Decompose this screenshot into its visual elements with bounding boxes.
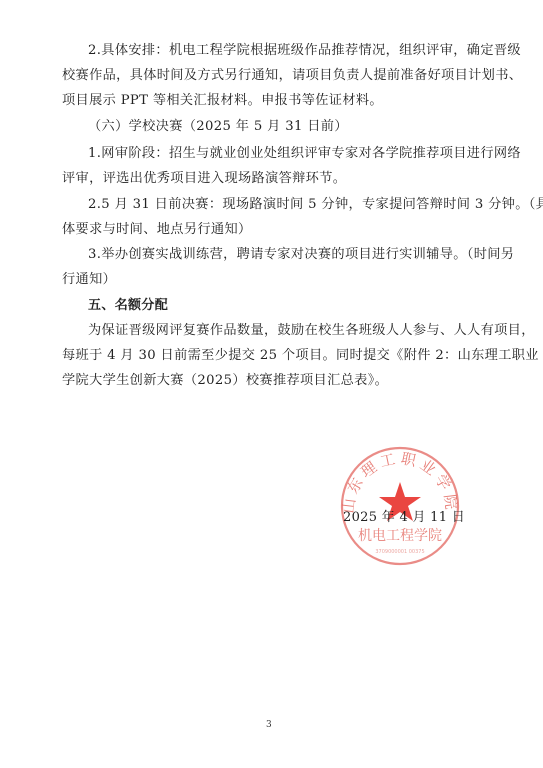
document-page: 2.具体安排：机电工程学院根据班级作品推荐情况，组织评审，确定晋级 校赛作品，具… [0,0,543,768]
paragraph-line: 2.具体安排：机电工程学院根据班级作品推荐情况，组织评审，确定晋级 [88,42,521,60]
svg-text:机电工程学院: 机电工程学院 [358,527,442,544]
page-number: 3 [266,720,272,730]
paragraph-line: 2.5 月 31 日前决赛：现场路演时间 5 分钟，专家提问答辩时间 3 分钟。… [88,196,543,214]
paragraph-line: 体要求与时间、地点另行通知） [62,221,252,239]
official-seal-stamp: 山东理工职业学院 机电工程学院 3709000001 00375 [334,444,466,566]
paragraph-line: 校赛作品，具体时间及方式另行通知，请项目负责人提前准备好项目计划书、 [62,67,522,85]
paragraph-line: 行通知） [62,271,116,289]
section-heading-quota: 五、名额分配 [88,297,168,315]
paragraph-line: 3.举办创赛实战训练营，聘请专家对决赛的项目进行实训辅导。（时间另 [88,246,514,264]
signature-date: 2025 年 4 月 11 日 [343,509,465,527]
paragraph-line: 1.网审阶段：招生与就业创业处组织评审专家对各学院推荐项目进行网络 [88,145,521,163]
section-heading: （六）学校决赛（2025 年 5 月 31 日前） [88,118,348,136]
paragraph-line: 每班于 4 月 30 日前需至少提交 25 个项目。同时提交《附件 2：山东理工… [62,347,539,365]
paragraph-line: 为保证晋级网评复赛作品数量，鼓励在校生各班级人人参与、人人有项目， [88,322,535,340]
paragraph-line: 学院大学生创新大赛（2025）校赛推荐项目汇总表》。 [62,372,388,390]
paragraph-line: 评审，评选出优秀项目进入现场路演答辩环节。 [62,170,346,188]
svg-text:3709000001 00375: 3709000001 00375 [375,549,424,555]
paragraph-line: 项目展示 PPT 等相关汇报材料。申报书等佐证材料。 [62,92,383,110]
